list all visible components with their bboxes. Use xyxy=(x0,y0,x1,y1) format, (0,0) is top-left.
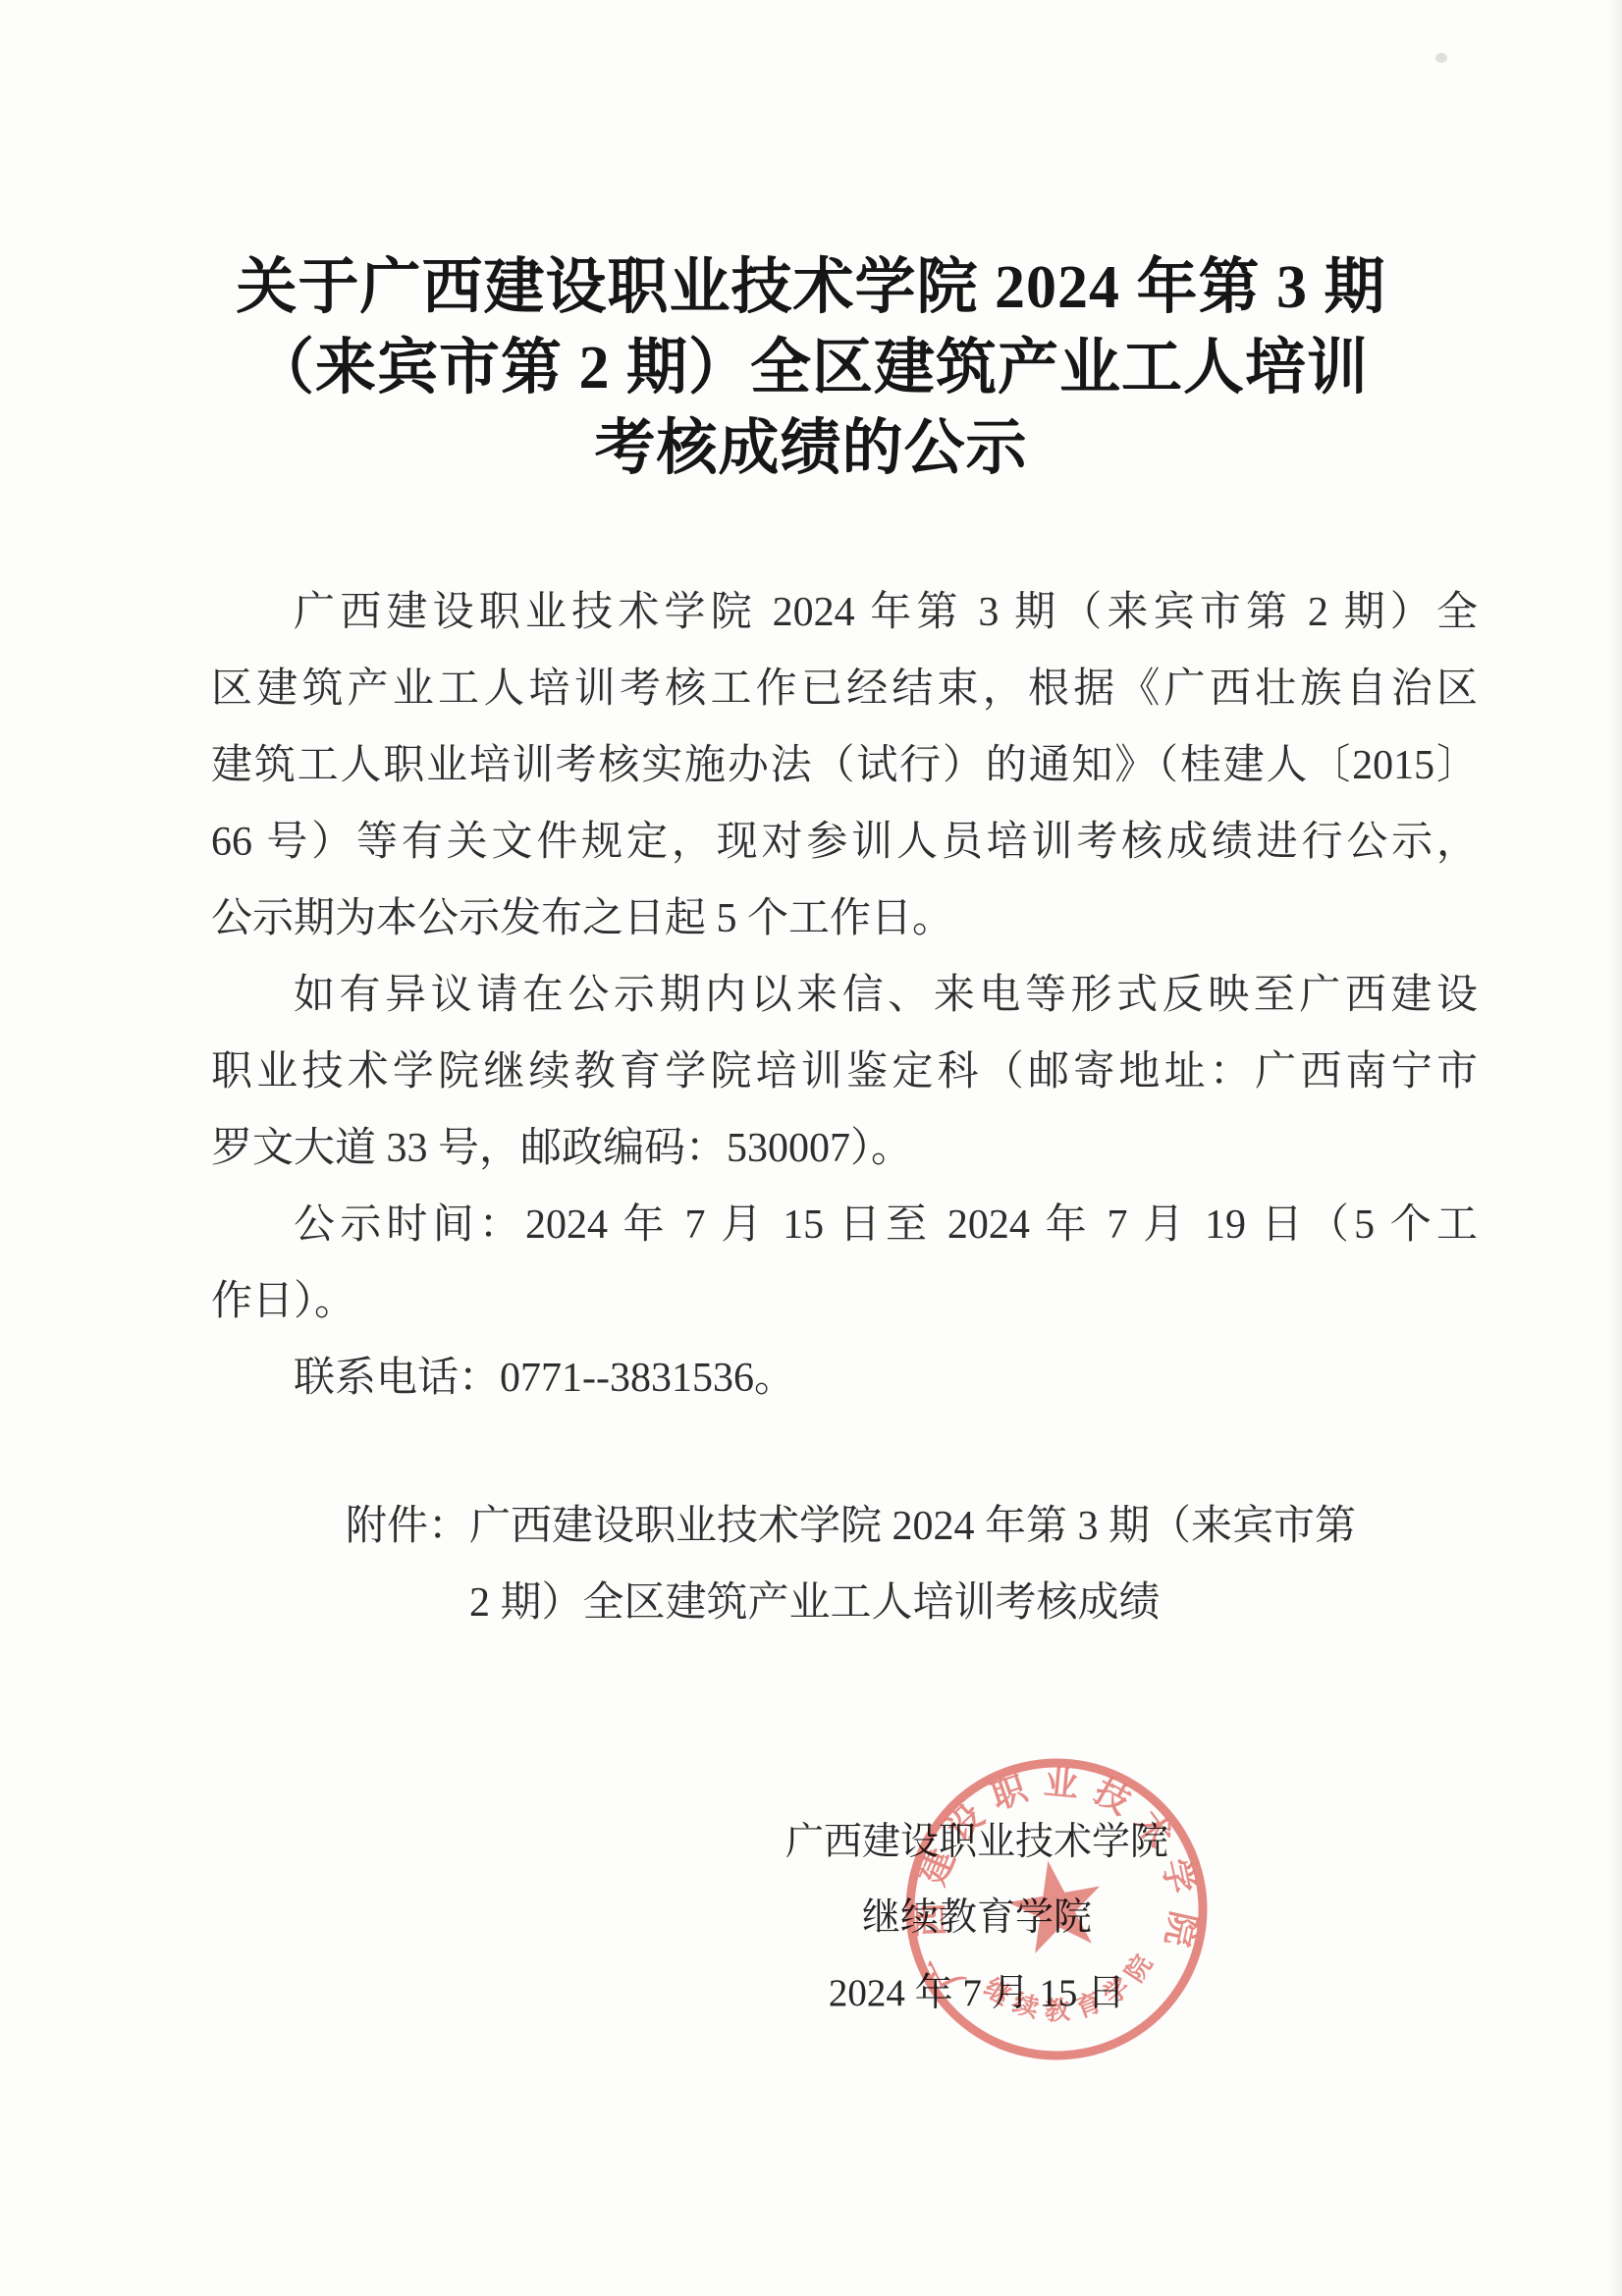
signature-block: 广西建设职业技术学院 继续教育学院 2024 年 7 月 15 日 xyxy=(334,1804,1620,2031)
body-line: 66 号）等有关文件规定，现对参训人员培训考核成绩进行公示， xyxy=(211,804,1478,881)
attachment-label: 附件： xyxy=(346,1504,469,1549)
signature-dept: 继续教育学院 xyxy=(334,1880,1620,1955)
body-line: 公示时间：2024 年 7 月 15 日至 2024 年 7 月 19 日（5 … xyxy=(211,1187,1478,1263)
attachment-line-1: 附件：广西建设职业技术学院 2024 年第 3 期（来宾市第 xyxy=(469,1488,1589,1565)
notice-title: 关于广西建设职业技术学院 2024 年第 3 期 （来宾市第 2 期）全区建筑产… xyxy=(0,247,1622,489)
body-line: 区建筑产业工人培训考核工作已经结束，根据《广西壮族自治区 xyxy=(211,651,1478,727)
title-line-1: 关于广西建设职业技术学院 2024 年第 3 期 xyxy=(0,247,1622,328)
body-line: 罗文大道 33 号，邮政编码：530007）。 xyxy=(211,1110,1478,1187)
body-line: 广西建设职业技术学院 2024 年第 3 期（来宾市第 2 期）全 xyxy=(211,574,1478,651)
signature-date: 2024 年 7 月 15 日 xyxy=(334,1955,1620,2031)
attachment-note: 附件：广西建设职业技术学院 2024 年第 3 期（来宾市第 2 期）全区建筑产… xyxy=(346,1488,1589,1641)
body-line: 建筑工人职业培训考核实施办法（试行）的通知》（桂建人〔2015〕 xyxy=(211,727,1478,804)
notice-body: 广西建设职业技术学院 2024 年第 3 期（来宾市第 2 期）全 区建筑产业工… xyxy=(211,574,1478,1416)
title-line-3: 考核成绩的公示 xyxy=(0,408,1622,489)
scan-speck xyxy=(1435,53,1447,63)
body-line: 作日）。 xyxy=(211,1263,1478,1340)
body-line: 联系电话：0771--3831536。 xyxy=(211,1340,1478,1416)
title-line-2: （来宾市第 2 期）全区建筑产业工人培训 xyxy=(0,328,1622,408)
signature-org: 广西建设职业技术学院 xyxy=(334,1804,1620,1880)
body-line: 公示期为本公示发布之日起 5 个工作日。 xyxy=(211,881,1478,957)
body-line: 职业技术学院继续教育学院培训鉴定科（邮寄地址：广西南宁市 xyxy=(211,1034,1478,1110)
attachment-line-2: 2 期）全区建筑产业工人培训考核成绩 xyxy=(469,1565,1589,1641)
scan-edge-shadow xyxy=(1608,0,1622,2296)
body-line: 如有异议请在公示期内以来信、来电等形式反映至广西建设 xyxy=(211,957,1478,1034)
notice-page: 关于广西建设职业技术学院 2024 年第 3 期 （来宾市第 2 期）全区建筑产… xyxy=(0,0,1622,2296)
attachment-text-1: 广西建设职业技术学院 2024 年第 3 期（来宾市第 xyxy=(469,1504,1356,1549)
